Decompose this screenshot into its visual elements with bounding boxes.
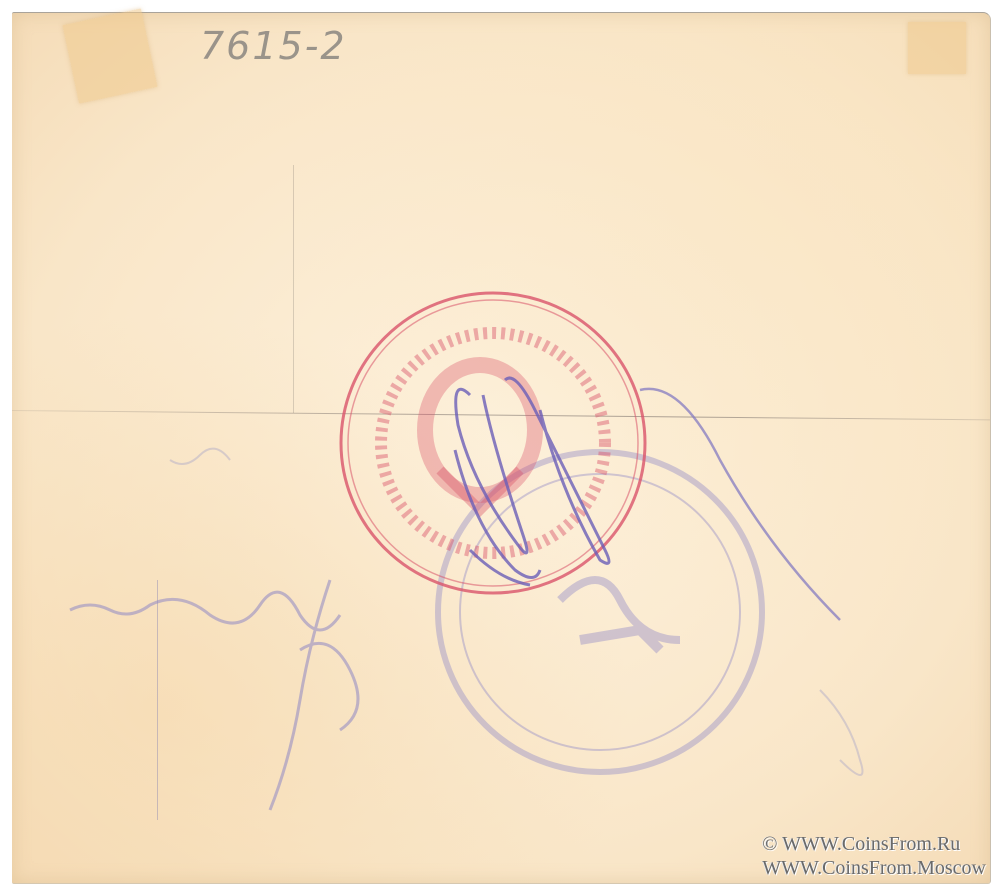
signature-lower-left bbox=[70, 580, 358, 810]
faint-handwriting bbox=[820, 690, 863, 775]
faint-handwriting bbox=[170, 449, 230, 464]
watermark-line-1: © WWW.CoinsFrom.Ru bbox=[762, 832, 986, 856]
watermark: © WWW.CoinsFrom.Ru WWW.CoinsFrom.Moscow bbox=[762, 832, 986, 880]
diagonal-pen-stroke bbox=[640, 389, 840, 620]
stamps-and-signatures bbox=[0, 0, 1000, 895]
red-round-seal bbox=[341, 293, 645, 593]
watermark-line-2: WWW.CoinsFrom.Moscow bbox=[762, 856, 986, 880]
